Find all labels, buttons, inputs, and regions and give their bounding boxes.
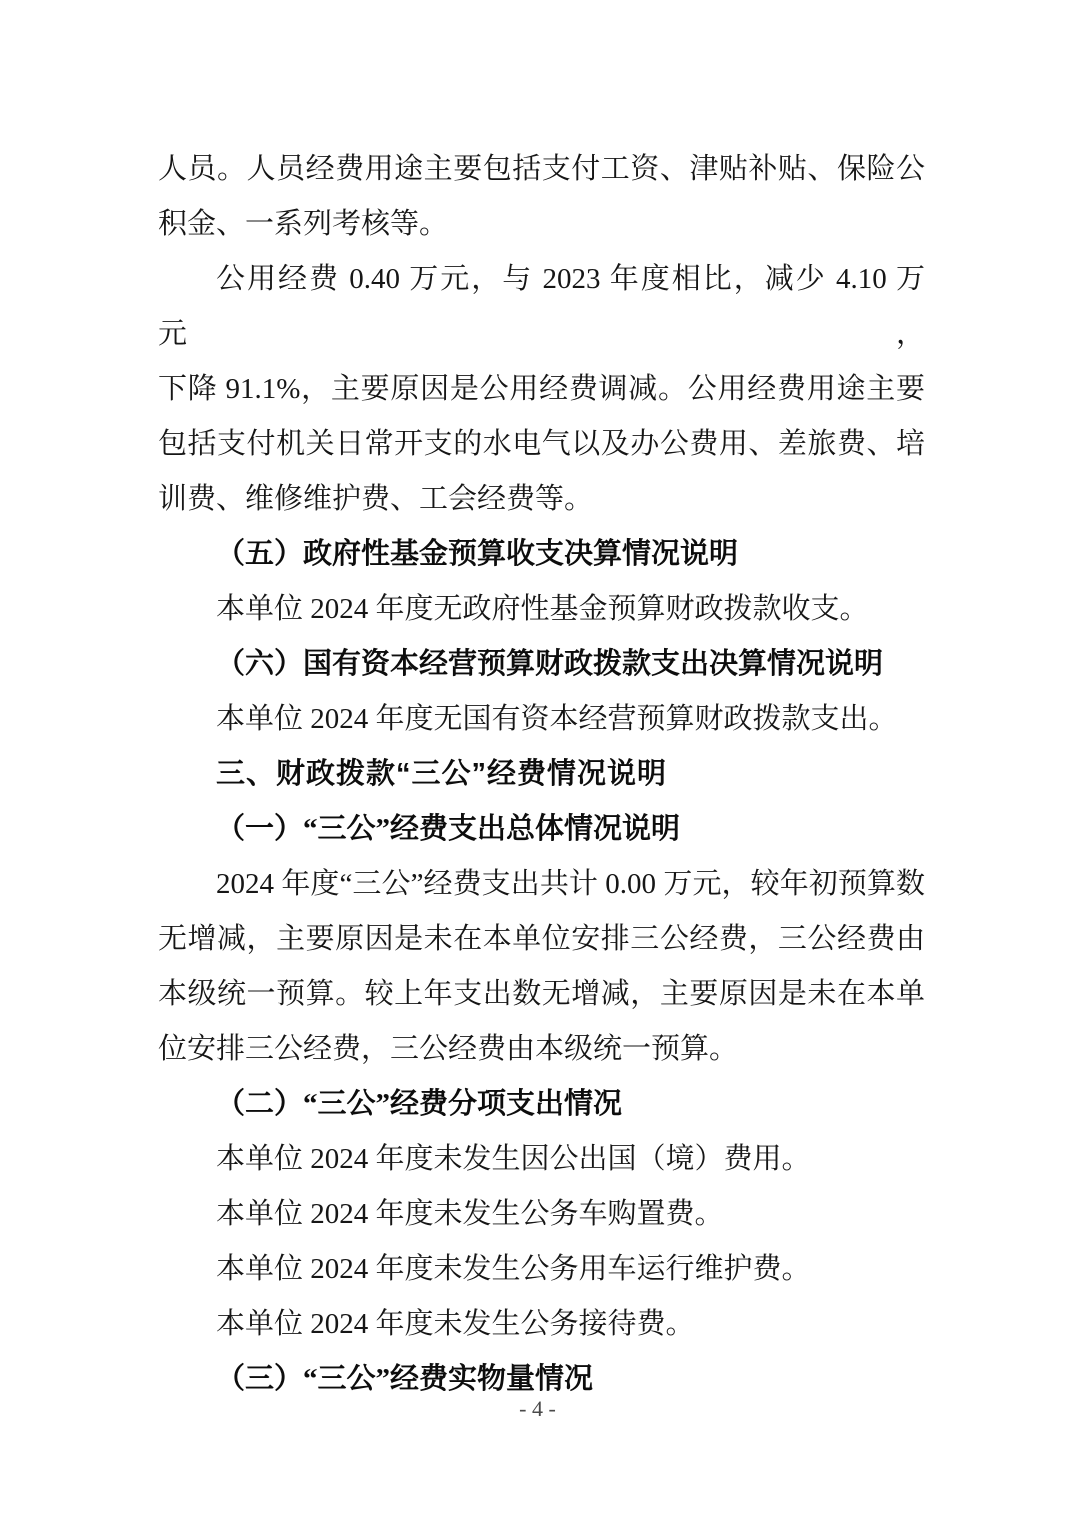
document-body: 人员。人员经费用途主要包括支付工资、津贴补贴、保险公积金、一系列考核等。公用经费… (158, 142, 925, 1407)
text-line: 本单位 2024 年度未发生因公出国（境）费用。 (158, 1132, 925, 1187)
text-line: 包括支付机关日常开支的水电气以及办公费用、差旅费、培 (158, 417, 925, 472)
section-heading: （五）政府性基金预算收支决算情况说明 (158, 527, 925, 582)
page-number: - 4 - (0, 1396, 1075, 1422)
text-line: 本单位 2024 年度无政府性基金预算财政拨款收支。 (158, 582, 925, 637)
text-line: 位安排三公经费，三公经费由本级统一预算。 (158, 1022, 925, 1077)
text-line: 2024 年度“三公”经费支出共计 0.00 万元，较年初预算数 (158, 857, 925, 912)
section-heading: （二）“三公”经费分项支出情况 (158, 1077, 925, 1132)
text-line: 训费、维修维护费、工会经费等。 (158, 472, 925, 527)
text-line: 本单位 2024 年度未发生公务接待费。 (158, 1297, 925, 1352)
text-line: 下降 91.1%，主要原因是公用经费调减。公用经费用途主要 (158, 362, 925, 417)
text-line: 无增减，主要原因是未在本单位安排三公经费，三公经费由 (158, 912, 925, 967)
text-line: 积金、一系列考核等。 (158, 197, 925, 252)
section-heading: （一）“三公”经费支出总体情况说明 (158, 802, 925, 857)
section-heading: 三、财政拨款“三公”经费情况说明 (158, 747, 925, 802)
text-line: 本级统一预算。较上年支出数无增减，主要原因是未在本单 (158, 967, 925, 1022)
section-heading: （六）国有资本经营预算财政拨款支出决算情况说明 (158, 637, 925, 692)
text-line: 本单位 2024 年度无国有资本经营预算财政拨款支出。 (158, 692, 925, 747)
text-line: 公用经费 0.40 万元，与 2023 年度相比，减少 4.10 万元， (158, 252, 925, 362)
text-line: 人员。人员经费用途主要包括支付工资、津贴补贴、保险公 (158, 142, 925, 197)
document-page: 人员。人员经费用途主要包括支付工资、津贴补贴、保险公积金、一系列考核等。公用经费… (0, 0, 1075, 1520)
text-line: 本单位 2024 年度未发生公务车购置费。 (158, 1187, 925, 1242)
text-line: 本单位 2024 年度未发生公务用车运行维护费。 (158, 1242, 925, 1297)
